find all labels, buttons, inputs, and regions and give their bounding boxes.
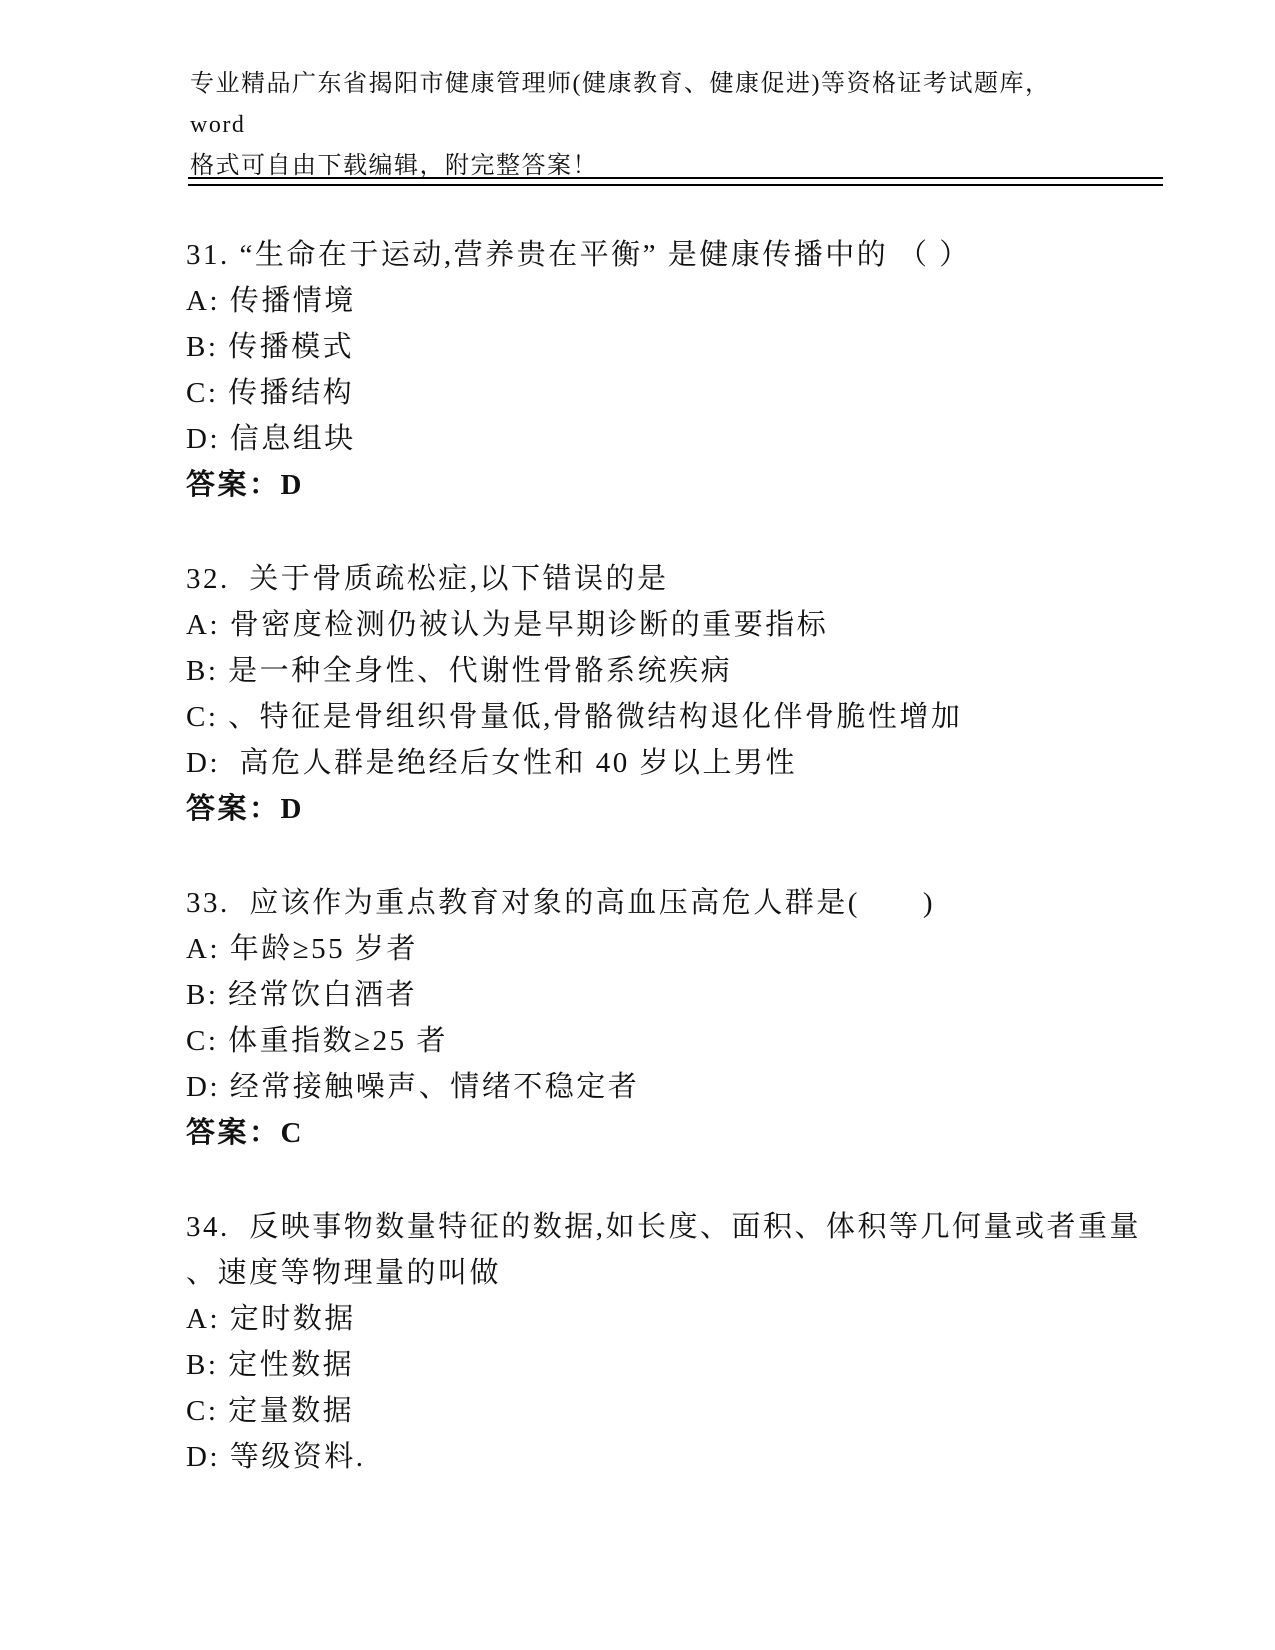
question-block-32: 32. 关于骨质疏松症,以下错误的是 A: 骨密度检测仍被认为是早期诊断的重要指… — [186, 556, 1171, 832]
question-32-text: 32. 关于骨质疏松症,以下错误的是 — [186, 556, 1171, 602]
question-32-option-c: C: 、特征是骨组织骨量低,骨骼微结构退化伴骨脆性增加 — [186, 694, 1171, 740]
document-page: 专业精品广东省揭阳市健康管理师(健康教育、健康促进)等资格证考试题库，word … — [0, 0, 1275, 1650]
question-31-option-b: B: 传播模式 — [186, 324, 1171, 370]
answer-label: 答案： — [186, 469, 281, 501]
header-separator-rule — [188, 177, 1163, 186]
questions-area: 31. “生命在于运动,营养贵在平衡” 是健康传播中的 （ ） A: 传播情境 … — [186, 232, 1171, 1528]
page-header: 专业精品广东省揭阳市健康管理师(健康教育、健康促进)等资格证考试题库，word … — [190, 64, 1100, 187]
answer-label: 答案： — [186, 1117, 281, 1149]
question-32-answer-line: 答案：D — [186, 786, 1171, 832]
question-33-text: 33. 应该作为重点教育对象的高血压高危人群是( ) — [186, 880, 1171, 926]
question-33-option-b: B: 经常饮白酒者 — [186, 972, 1171, 1018]
question-32-option-b: B: 是一种全身性、代谢性骨骼系统疾病 — [186, 648, 1171, 694]
question-block-34: 34. 反映事物数量特征的数据,如长度、面积、体积等几何量或者重量 、速度等物理… — [186, 1204, 1171, 1480]
question-34-option-d: D: 等级资料. — [186, 1434, 1171, 1480]
question-33-option-a: A: 年龄≥55 岁者 — [186, 926, 1171, 972]
question-31-answer-line: 答案：D — [186, 462, 1171, 508]
question-33-option-c: C: 体重指数≥25 者 — [186, 1018, 1171, 1064]
question-34-text-line-2: 、速度等物理量的叫做 — [186, 1250, 1171, 1296]
question-34-option-b: B: 定性数据 — [186, 1342, 1171, 1388]
question-34-text-line-1: 34. 反映事物数量特征的数据,如长度、面积、体积等几何量或者重量 — [186, 1204, 1171, 1250]
answer-value: C — [281, 1117, 304, 1149]
answer-label: 答案： — [186, 793, 281, 825]
answer-value: D — [281, 469, 304, 501]
question-31-option-c: C: 传播结构 — [186, 370, 1171, 416]
question-block-33: 33. 应该作为重点教育对象的高血压高危人群是( ) A: 年龄≥55 岁者 B… — [186, 880, 1171, 1156]
question-31-text: 31. “生命在于运动,营养贵在平衡” 是健康传播中的 （ ） — [186, 232, 1171, 278]
question-32-option-a: A: 骨密度检测仍被认为是早期诊断的重要指标 — [186, 602, 1171, 648]
question-31-option-a: A: 传播情境 — [186, 278, 1171, 324]
question-block-31: 31. “生命在于运动,营养贵在平衡” 是健康传播中的 （ ） A: 传播情境 … — [186, 232, 1171, 508]
question-34-option-a: A: 定时数据 — [186, 1296, 1171, 1342]
answer-value: D — [281, 793, 304, 825]
question-31-option-d: D: 信息组块 — [186, 416, 1171, 462]
question-32-option-d: D: 高危人群是绝经后女性和 40 岁以上男性 — [186, 740, 1171, 786]
question-34-option-c: C: 定量数据 — [186, 1388, 1171, 1434]
question-33-option-d: D: 经常接触噪声、情绪不稳定者 — [186, 1064, 1171, 1110]
header-text-line-1: 专业精品广东省揭阳市健康管理师(健康教育、健康促进)等资格证考试题库，word — [190, 64, 1100, 146]
question-33-answer-line: 答案：C — [186, 1110, 1171, 1156]
